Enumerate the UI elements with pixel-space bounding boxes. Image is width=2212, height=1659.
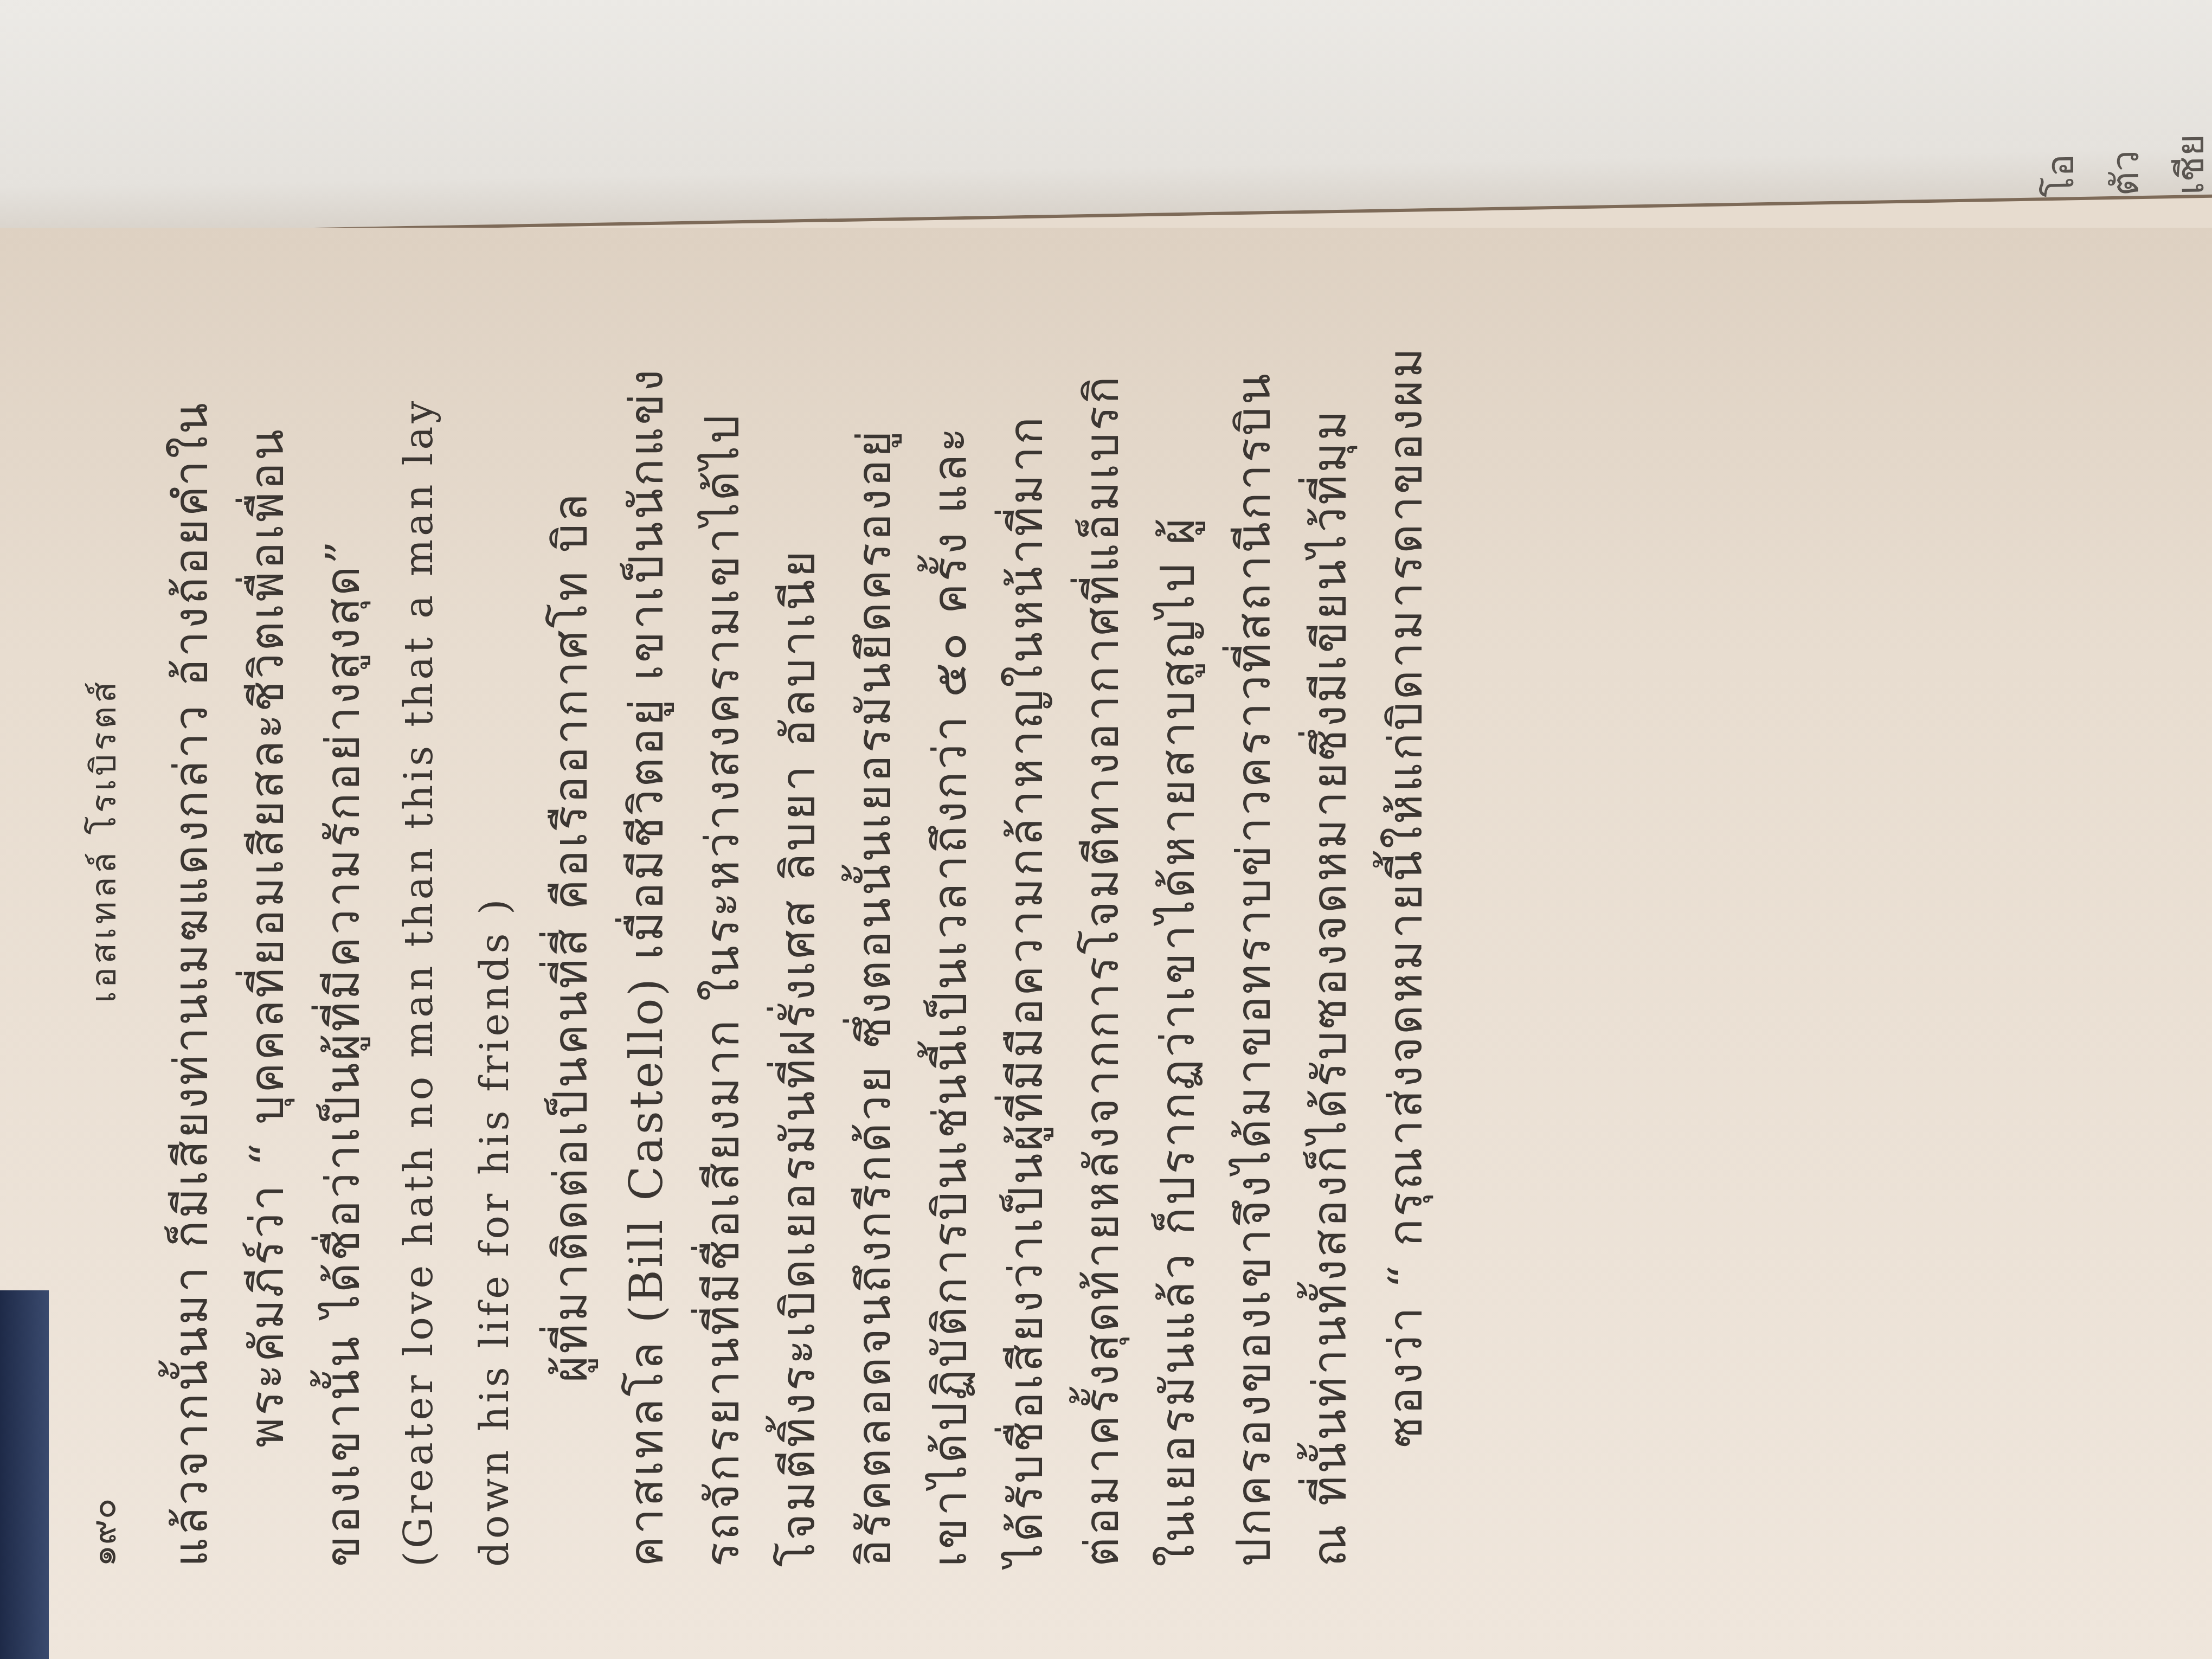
- page-header: ๑๙๐ เอสเทลล์ โรเบิรตส์: [76, 293, 131, 1567]
- body-line: โจมตีทิ้งระเบิดเยอรมันที่ฝรั่งเศส ลิบยา …: [760, 293, 836, 1567]
- body-line: แล้วจากนั้นมา ก็มีเสียงท่านเมฆแดงกล่าว อ…: [153, 293, 229, 1567]
- body-line: พระคัมภีร์ว่า “ บุคคลที่ยอมเสียสละชีวิตเ…: [229, 293, 305, 1567]
- facing-line: โอ: [2028, 0, 2093, 198]
- english-quote-line: (Greater love hath no man than this that…: [381, 293, 456, 1567]
- body-line: ต่อมาครั้งสุดท้ายหลังจากการโจมตีทางอากาศ…: [1064, 293, 1140, 1567]
- body-line: ซองว่า “ กรุณาส่งจดหมายนี้ให้แก่บิดามารด…: [1367, 293, 1443, 1567]
- english-quote-line: down his life for his friends ): [456, 293, 532, 1567]
- book-page: ๑๙๐ เอสเทลล์ โรเบิรตส์ แล้วจากนั้นมา ก็ม…: [0, 228, 2212, 1659]
- body-line: อิรัคตลอดจนถึงกรีกด้วย ซึ่งตอนนั้นเยอรมั…: [836, 293, 912, 1567]
- running-title: เอสเทลล์ โรเบิรตส์: [76, 679, 131, 1003]
- body-line: เขาได้ปฏิบัติการบินเช่นนี้เป็นเวลาถึงกว่…: [912, 293, 988, 1567]
- facing-line: ตัว: [2093, 0, 2158, 197]
- body-line: ณ ที่นั้นท่านทั้งสองก็ได้รับซองจดหมายซึ่…: [1291, 293, 1367, 1567]
- facing-page-text: โอ ตัว เชีย: [2028, 0, 2212, 198]
- body-line: ปกครองของเขาจึงได้มาขอทราบข่าวคราวที่สถา…: [1216, 293, 1291, 1567]
- body-line: ได้รับชื่อเสียงว่าเป็นผู้ที่มีมือความกล้…: [988, 293, 1064, 1567]
- body-line: ของเขานั้น ได้ชื่อว่าเป็นผู้ที่มีความรัก…: [305, 293, 381, 1567]
- facing-page: โอ ตัว เชีย: [0, 0, 2212, 236]
- facing-line: เชีย: [2158, 0, 2212, 196]
- body-line: ในเยอรมันแล้ว ก็ปรากฏว่าเขาได้หายสาบสูญไ…: [1140, 293, 1216, 1567]
- body-line: ผู้ที่มาติดต่อเป็นคนที่สี่ คือเรืออากาศโ…: [532, 293, 608, 1567]
- body-line: คาสเทลโล (Bill Castello) เมื่อมีชีวิตอยู…: [608, 293, 684, 1567]
- book-cover-edge: [0, 1290, 49, 1659]
- page-content: ๑๙๐ เอสเทลล์ โรเบิรตส์ แล้วจากนั้นมา ก็ม…: [0, 228, 2212, 1659]
- body-line: รถจักรยานที่มีชื่อเสียงมาก ในระหว่างสงคร…: [684, 293, 760, 1567]
- page-number: ๑๙๐: [76, 1339, 131, 1567]
